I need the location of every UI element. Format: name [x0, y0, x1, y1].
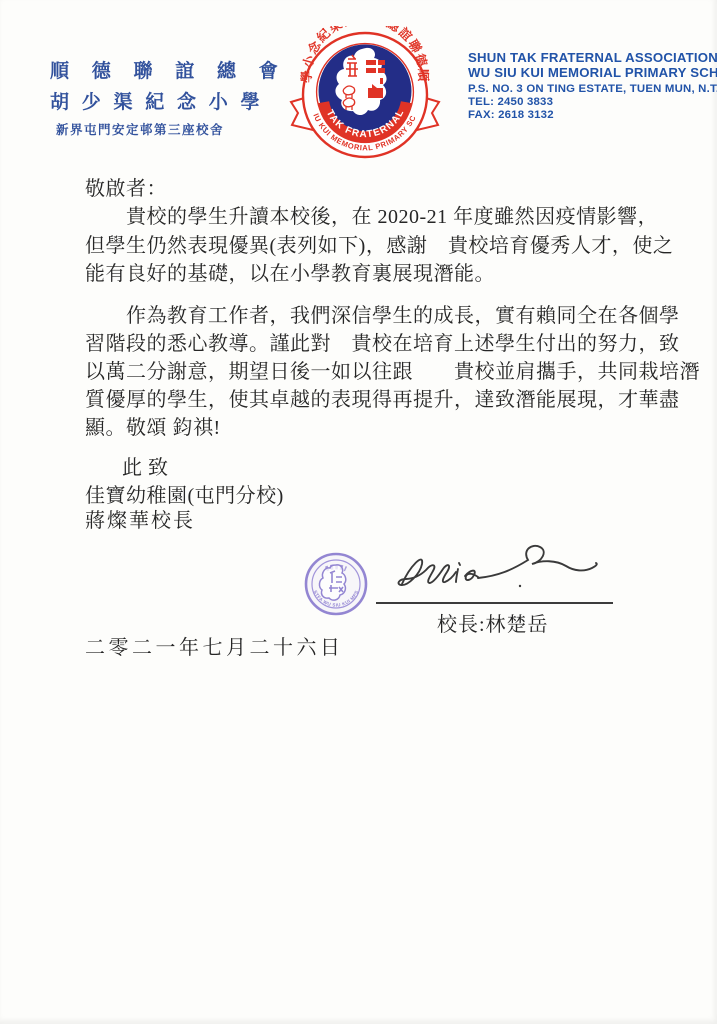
school-tel: TEL: 2450 3833: [468, 96, 717, 109]
school-address-english: P.S. NO. 3 ON TING ESTATE, TUEN MUN, N.T…: [468, 83, 717, 96]
signature-line: [376, 602, 613, 604]
paragraph2-line5: 顯。敬頌 鈞祺!: [85, 411, 221, 440]
school-address-chinese: 新界屯門安定邨第三座校舍: [50, 120, 230, 138]
school-name-chinese-line2: 胡 少 渠 紀 念 小 學: [50, 87, 230, 114]
school-fax: FAX: 2618 3132: [468, 109, 717, 122]
school-name-english: WU SIU KUI MEMORIAL PRIMARY SCHOOL: [468, 65, 717, 80]
paragraph2-line1: 作為教育工作者，我們深信學生的成長，實有賴同仝在各個學: [85, 299, 680, 328]
assoc-name-english: SHUN TAK FRATERNAL ASSOCIATION: [468, 50, 717, 65]
letter-page: 順 德 聯 誼 總 會 胡 少 渠 紀 念 小 學 新界屯門安定邨第三座校舍: [0, 0, 717, 1024]
school-name-chinese-line1: 順 德 聯 誼 總 會: [50, 56, 230, 83]
school-name-chinese: 順 德 聯 誼 總 會 胡 少 渠 紀 念 小 學 新界屯門安定邨第三座校舍: [50, 56, 230, 138]
school-stamp: STFA WU SIU KUI MPS: [303, 551, 369, 617]
principal-signature: [386, 536, 618, 602]
recipient-principal: 蔣燦華校長: [85, 504, 195, 533]
salutation: 敬啟者：: [85, 172, 167, 201]
paragraph1-line3: 能有良好的基礎，以在小學教育裏展現潛能。: [85, 257, 495, 286]
paragraph2-line2: 習階段的悉心教導。謹此對 貴校在培育上述學生付出的努力，致: [85, 327, 680, 356]
paragraph1-line1: 貴校的學生升讀本校後，在 2020-21 年度雖然因疫情影響，: [85, 200, 658, 229]
principal-name: 校長:林楚岳: [437, 608, 549, 637]
school-badge-icon: 學小念紀渠少胡會總誼聯德順 SHUN TAK FRATERNAL ASSN WU…: [289, 26, 441, 162]
paragraph1-line2: 但學生仍然表現優異(表列如下)，感謝 貴校培育優秀人才，使之: [85, 229, 673, 258]
letter-date: 二零二一年七月二十六日: [85, 631, 344, 660]
paragraph2-line3: 以萬二分謝意，期望日後一如以往跟 貴校並肩攜手，共同栽培潛: [85, 355, 700, 384]
closing-cizhi: 此致: [122, 451, 174, 480]
paragraph2-line4: 質優厚的學生，使其卓越的表現得再提升，達致潛能展現，才華盡: [85, 383, 680, 412]
school-info-english: SHUN TAK FRATERNAL ASSOCIATION WU SIU KU…: [468, 50, 717, 122]
